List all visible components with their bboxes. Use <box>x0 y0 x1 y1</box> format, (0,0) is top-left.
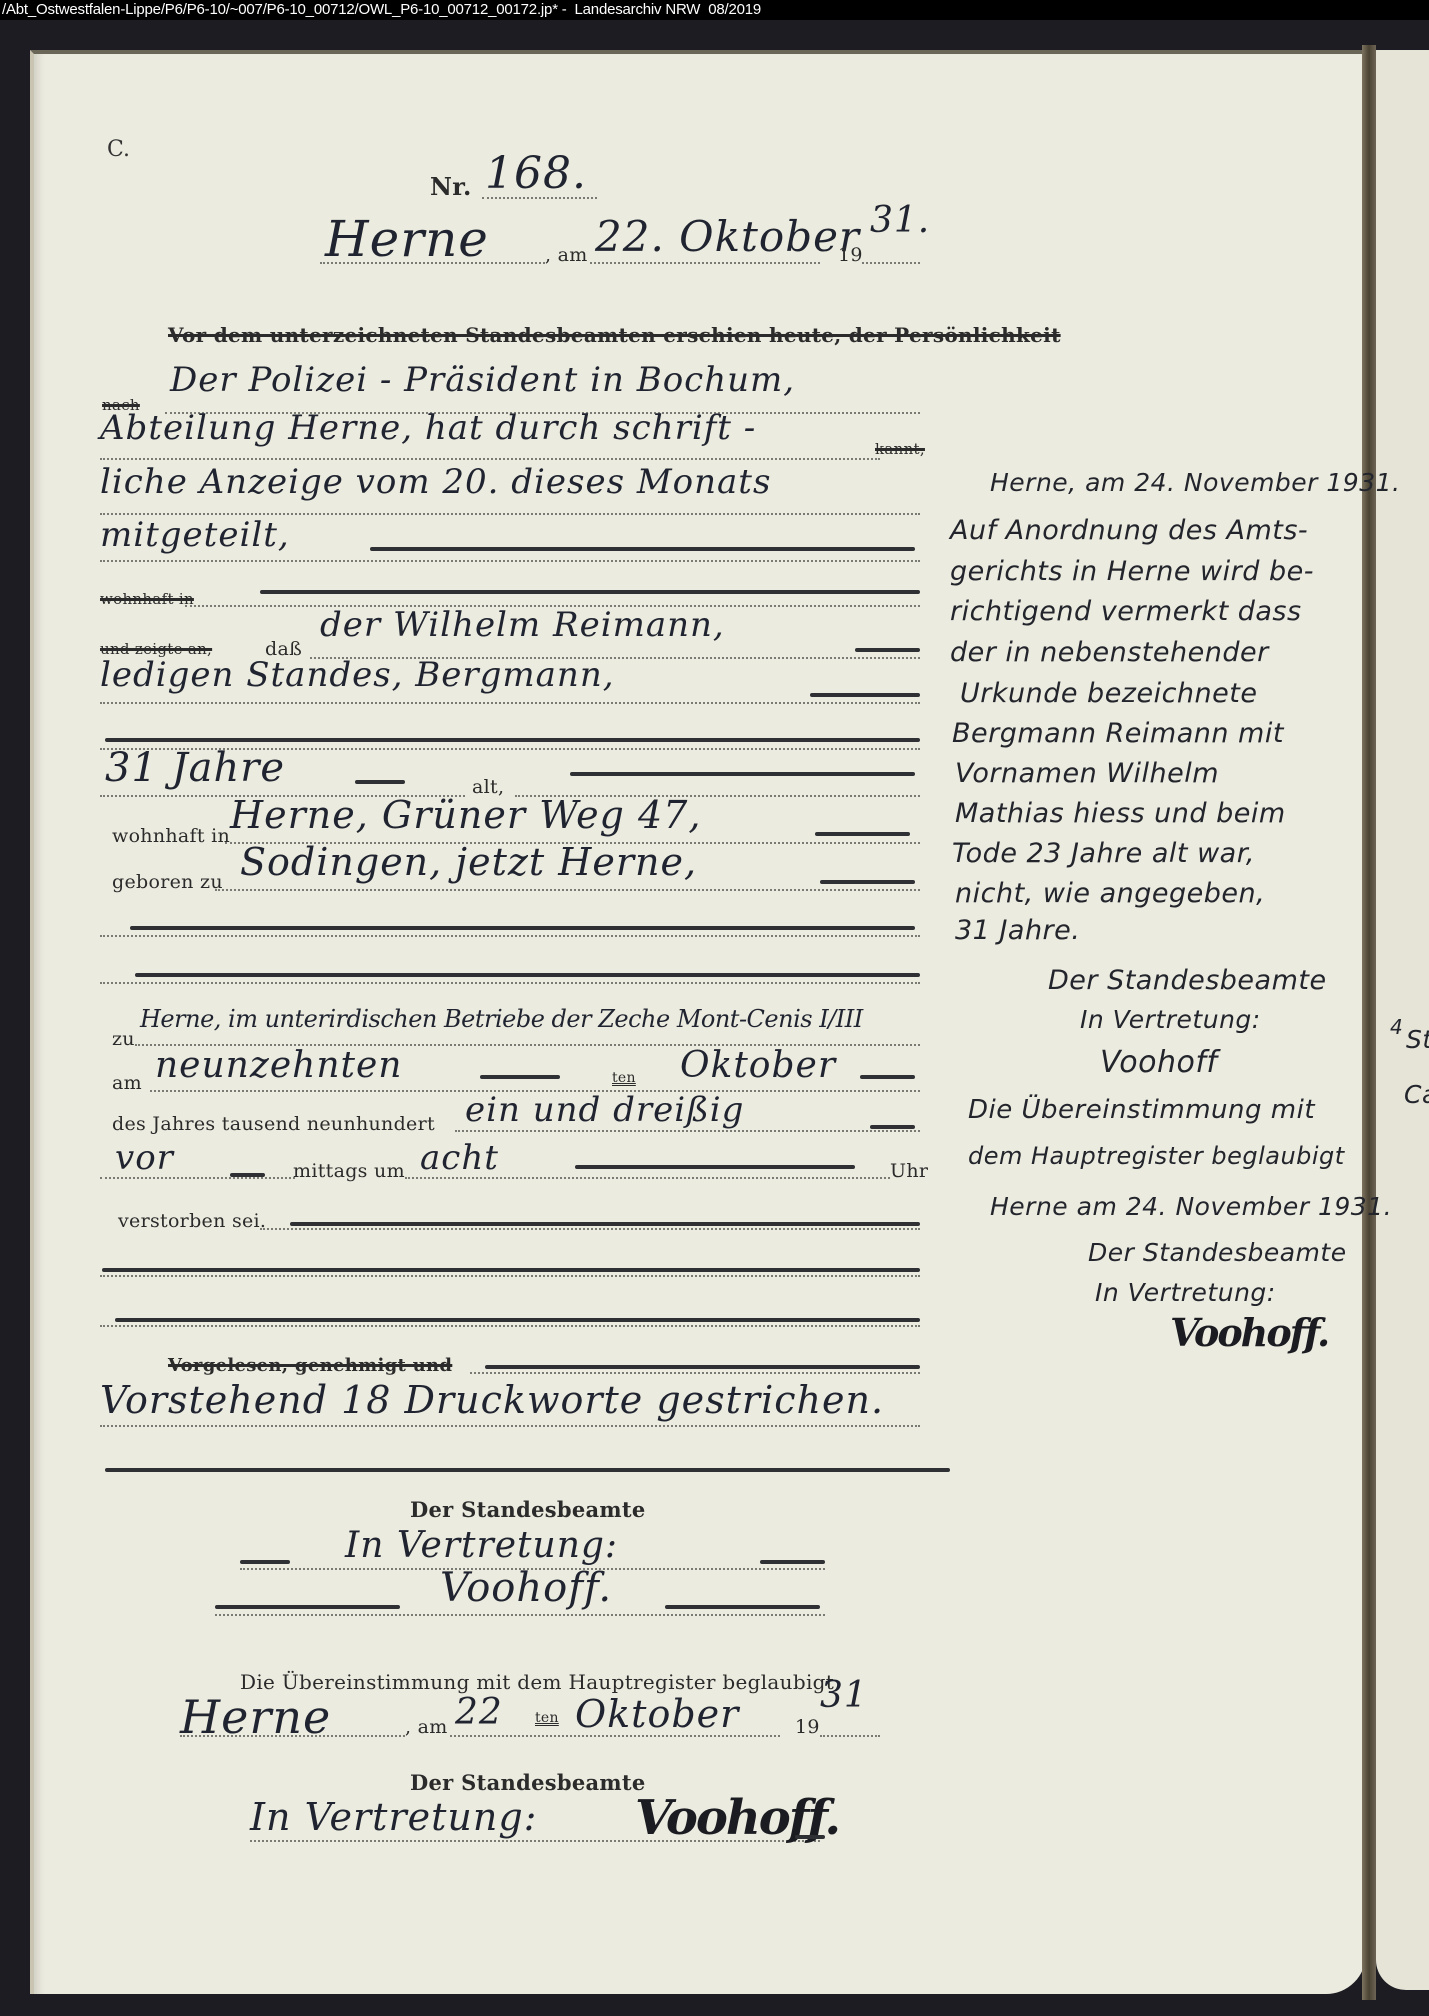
deceased-name: der Wilhelm Reimann, <box>320 605 725 645</box>
mittags-label: mittags um <box>293 1160 405 1182</box>
margin-line: der in nebenstehender <box>950 637 1269 668</box>
margin-sign-title: Der Standesbeamte <box>1048 965 1327 996</box>
certification-day: 22 <box>455 1692 503 1733</box>
certification-title: Der Standesbeamte <box>410 1770 646 1795</box>
struck-wohnhaft: wohnhaft in <box>100 590 194 608</box>
year-prefix: 19 <box>838 244 863 266</box>
margin-line: nicht, wie angegeben, <box>955 878 1265 909</box>
year-suffix: 31. <box>870 200 930 241</box>
margin-cert-line: dem Hauptregister beglaubigt <box>968 1142 1345 1170</box>
residence-label: wohnhaft in <box>112 825 230 847</box>
margin-line: richtigend vermerkt dass <box>950 596 1302 627</box>
record-number: 168. <box>485 148 587 199</box>
verstorben-label: verstorben sei. <box>118 1210 266 1232</box>
deceased-status: ledigen Standes, Bergmann, <box>100 655 615 695</box>
certification-year-suffix: 31 <box>820 1675 868 1716</box>
margin-line: gerichts in Herne wird be- <box>950 556 1314 587</box>
margin-cert-date: Herne am 24. November 1931. <box>990 1192 1392 1221</box>
zu-label: zu <box>112 1028 135 1050</box>
margin-line: Urkunde bezeichnete <box>960 678 1257 709</box>
struck-intro-text: Vor dem unterzeichneten Standesbeamten e… <box>168 323 1061 347</box>
informant-line: Abteilung Herne, hat durch schrift - <box>100 408 756 448</box>
margin-sign-name: Voohoff <box>1100 1045 1217 1080</box>
place-of-death: Herne, im unterirdischen Betriebe der Ze… <box>140 1005 863 1033</box>
year-text-label: des Jahres tausend neunhundert <box>112 1113 435 1135</box>
nr-label: Nr. <box>430 172 472 201</box>
am-death-label: am <box>112 1072 142 1094</box>
window-title-bar: /Abt_Ostwestfalen-Lippe/P6/P6-10/~007/P6… <box>0 0 1429 20</box>
am-label: , am <box>545 244 588 266</box>
year-text-value: ein und dreißig <box>465 1090 744 1130</box>
margin-line: 31 Jahre. <box>955 915 1080 946</box>
deceased-age: 31 Jahre <box>105 745 285 791</box>
residence-value: Herne, Grüner Weg 47, <box>230 793 701 837</box>
margin-cert-vertretung: In Vertretung: <box>1095 1278 1276 1307</box>
death-month: Oktober <box>680 1045 836 1086</box>
book-gutter <box>1362 45 1376 2000</box>
next-page-fragment: 4 <box>1390 1015 1403 1039</box>
signature-title: Der Standesbeamte <box>410 1497 646 1522</box>
margin-cert-line: Die Übereinstimmung mit <box>968 1095 1315 1125</box>
born-label: geboren zu <box>112 871 223 893</box>
struck-kannt: kannt, <box>875 440 925 458</box>
certification-year-prefix: 19 <box>795 1716 820 1738</box>
hour-value: acht <box>420 1138 499 1178</box>
informant-line: mitgeteilt, <box>100 515 290 555</box>
certification-place: Herne <box>180 1690 331 1744</box>
next-page-fragment: St <box>1406 1025 1429 1054</box>
certification-am-label: , am <box>405 1716 448 1738</box>
next-page-fragment: Ca <box>1404 1080 1429 1109</box>
certification-month: Oktober <box>575 1692 739 1736</box>
margin-line: Vornamen Wilhelm <box>955 758 1219 789</box>
registration-place: Herne <box>325 210 489 268</box>
margin-line: Tode 23 Jahre alt war, <box>952 838 1255 869</box>
informant-line: liche Anzeige vom 20. dieses Monats <box>100 462 771 502</box>
margin-line: Mathias hiess und beim <box>955 798 1286 829</box>
margin-date: Herne, am 24. November 1931. <box>990 468 1400 497</box>
margin-line: Bergmann Reimann mit <box>952 718 1284 749</box>
margin-cert-signature: Voohoff. <box>1170 1310 1328 1355</box>
uhr-label: Uhr <box>890 1160 928 1182</box>
margin-sign-vertretung: In Vertretung: <box>1080 1005 1261 1034</box>
certification-in-vertretung: In Vertretung: <box>250 1795 537 1839</box>
struck-vorgelesen: Vorgelesen, genehmigt und <box>168 1355 452 1376</box>
margin-line: Auf Anordnung des Amts- <box>950 515 1308 546</box>
born-value: Sodingen, jetzt Herne, <box>240 840 697 884</box>
ten-label: ten <box>612 1070 636 1086</box>
informant-line: Der Polizei - Präsident in Bochum, <box>170 360 795 400</box>
form-letter: C. <box>107 137 130 162</box>
registration-date: 22. Oktober <box>595 212 860 261</box>
certification-ten-label: ten <box>535 1710 559 1726</box>
margin-cert-title: Der Standesbeamte <box>1088 1238 1347 1267</box>
registrar-signature: Voohoff. <box>440 1565 612 1611</box>
in-vertretung: In Vertretung: <box>345 1525 618 1566</box>
next-page-edge: 4 St Ca <box>1376 50 1429 1990</box>
death-day: neunzehnten <box>155 1045 402 1086</box>
deletion-note: Vorstehend 18 Druckworte gestrichen. <box>100 1378 884 1422</box>
vor-value: vor <box>115 1138 174 1178</box>
